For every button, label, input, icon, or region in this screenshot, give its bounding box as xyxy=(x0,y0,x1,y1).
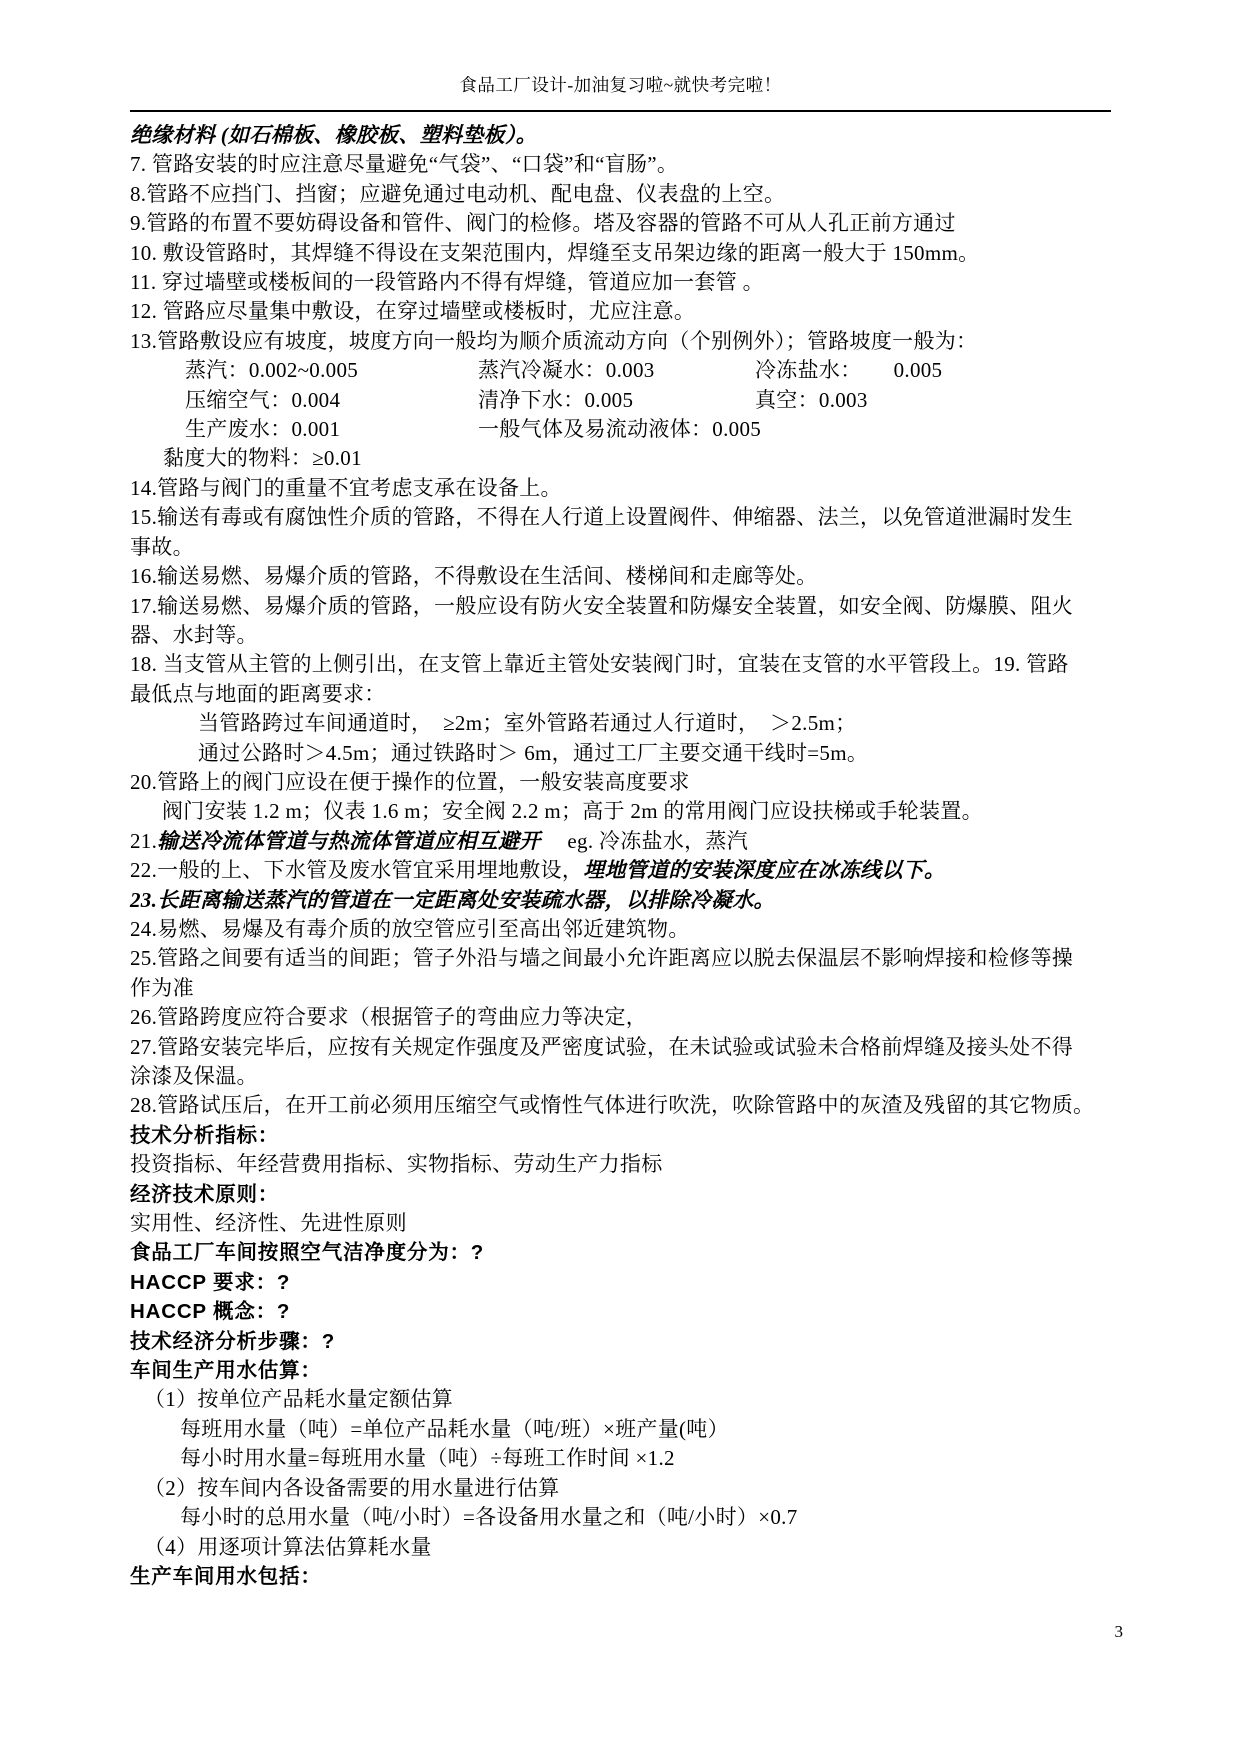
doc-text-segment: 17.输送易燃、易爆介质的管路，一般应设有防火安全装置和防爆安全装置，如安全阀、… xyxy=(130,594,1073,618)
doc-line-46: 每小时用水量=每班用水量（吨）÷每班工作时间 ×1.2 xyxy=(130,1444,1130,1473)
doc-text-segment: 作为准 xyxy=(130,976,194,1000)
doc-line-16: 16.输送易燃、易爆介质的管路，不得敷设在生活间、楼梯间和走廊等处。 xyxy=(130,562,1130,591)
doc-text-segment: HACCP 概念：? xyxy=(130,1300,290,1323)
doc-line-44: （1）按单位产品耗水量定额估算 xyxy=(130,1385,1130,1414)
doc-text-segment: 20.管路上的阀门应设在便于操作的位置，一般安装高度要求 xyxy=(130,770,690,794)
doc-line-12: 黏度大的物料：≥0.01 xyxy=(130,444,1130,473)
doc-line-4: 9.管路的布置不要妨碍设备和管件、阀门的检修。塔及容器的管路不可从人孔正前方通过 xyxy=(130,209,1130,238)
doc-text-segment: 8.管路不应挡门、挡窗；应避免通过电动机、配电盘、仪表盘的上空。 xyxy=(130,182,785,206)
doc-text-segment: 投资指标、年经营费用指标、实物指标、劳动生产力指标 xyxy=(130,1152,663,1176)
doc-line-17: 17.输送易燃、易爆介质的管路，一般应设有防火安全装置和防爆安全装置，如安全阀、… xyxy=(130,592,1130,621)
doc-line-10: 压缩空气：0.004清净下水：0.005真空：0.003 xyxy=(130,386,1130,415)
doc-line-50: 生产车间用水包括： xyxy=(130,1562,1130,1591)
doc-text-segment: 9.管路的布置不要妨碍设备和管件、阀门的检修。塔及容器的管路不可从人孔正前方通过 xyxy=(130,211,956,235)
doc-line-7: 12. 管路应尽量集中敷设，在穿过墙壁或楼板时，尤应注意。 xyxy=(130,297,1130,326)
doc-line-11-col-1: 生产废水：0.001 xyxy=(185,415,478,444)
doc-text-segment: 技术分析指标： xyxy=(130,1124,279,1147)
doc-text-segment: 生产车间用水包括： xyxy=(130,1565,322,1588)
doc-line-33: 涂漆及保温。 xyxy=(130,1062,1130,1091)
doc-line-34: 28.管路试压后，在开工前必须用压缩空气或惰性气体进行吹洗，吹除管路中的灰渣及残… xyxy=(130,1091,1130,1120)
doc-text-segment: 当管路跨过车间通道时， ≥2m；室外管路若通过人行道时， ＞2.5m； xyxy=(198,711,856,735)
doc-line-1: 绝缘材料 (如石棉板、橡胶板、塑料垫板）。 xyxy=(130,121,1130,150)
doc-line-43: 车间生产用水估算： xyxy=(130,1356,1130,1385)
doc-line-11: 生产废水：0.001一般气体及易流动液体：0.005 xyxy=(130,415,1130,444)
doc-line-3: 8.管路不应挡门、挡窗；应避免通过电动机、配电盘、仪表盘的上空。 xyxy=(130,180,1130,209)
doc-line-36: 投资指标、年经营费用指标、实物指标、劳动生产力指标 xyxy=(130,1150,1130,1179)
doc-text-segment: 16.输送易燃、易爆介质的管路，不得敷设在生活间、楼梯间和走廊等处。 xyxy=(130,564,817,588)
doc-text-segment: 输送冷流体管道与热流体管道应相互避开 xyxy=(157,829,540,853)
doc-text-segment: 阀门安装 1.2 m；仪表 1.6 m；安全阀 2.2 m；高于 2m 的常用阀… xyxy=(162,799,983,823)
doc-line-5: 10. 敷设管路时，其焊缝不得设在支架范围内，焊缝至支吊架边缘的距离一般大于 1… xyxy=(130,239,1130,268)
doc-text-segment: 28.管路试压后，在开工前必须用压缩空气或惰性气体进行吹洗，吹除管路中的灰渣及残… xyxy=(130,1093,1094,1117)
doc-text-segment: 22.一般的上、下水管及废水管宜采用埋地敷设， xyxy=(130,858,583,882)
doc-line-15: 事故。 xyxy=(130,533,1130,562)
doc-text-segment: 技术经济分析步骤：? xyxy=(130,1330,335,1353)
doc-line-10-col-2: 清净下水：0.005 xyxy=(478,386,755,415)
doc-text-segment: eg. 冷冻盐水，蒸汽 xyxy=(541,829,748,853)
doc-line-39: 食品工厂车间按照空气洁净度分为：? xyxy=(130,1238,1130,1267)
doc-text-segment: （4）用逐项计算法估算耗水量 xyxy=(144,1535,432,1559)
doc-text-segment: （2）按车间内各设备需要的用水量进行估算 xyxy=(144,1476,560,1500)
doc-line-26: 22.一般的上、下水管及废水管宜采用埋地敷设，埋地管道的安装深度应在冰冻线以下。 xyxy=(130,856,1130,885)
doc-line-20: 最低点与地面的距离要求： xyxy=(130,680,1130,709)
doc-text-segment: 食品工厂车间按照空气洁净度分为：? xyxy=(130,1241,484,1264)
doc-text-segment: 车间生产用水估算： xyxy=(130,1359,322,1382)
doc-text-segment: 每小时的总用水量（吨/小时）=各设备用水量之和（吨/小时）×0.7 xyxy=(180,1505,798,1529)
doc-line-18: 器、水封等。 xyxy=(130,621,1130,650)
doc-text-segment: 7. 管路安装的时应注意尽量避免“气袋”、“口袋”和“盲肠”。 xyxy=(130,152,678,176)
doc-text-segment: 23.长距离输送蒸汽的管道在一定距离处安装疏水器，以排除冷凝水。 xyxy=(130,888,775,912)
doc-text-segment: （1）按单位产品耗水量定额估算 xyxy=(144,1387,453,1411)
doc-text-segment: 每小时用水量=每班用水量（吨）÷每班工作时间 ×1.2 xyxy=(180,1446,675,1470)
doc-line-37: 经济技术原则： xyxy=(130,1180,1130,1209)
doc-line-13: 14.管路与阀门的重量不宜考虑支承在设备上。 xyxy=(130,474,1130,503)
doc-text-segment: 绝缘材料 (如石棉板、橡胶板、塑料垫板）。 xyxy=(130,123,537,147)
doc-line-9: 蒸汽：0.002~0.005蒸汽冷凝水：0.003冷冻盐水： 0.005 xyxy=(130,356,1130,385)
doc-text-segment: 26.管路跨度应符合要求（根据管子的弯曲应力等决定， xyxy=(130,1005,647,1029)
doc-text-segment: 每班用水量（吨）=单位产品耗水量（吨/班）×班产量(吨） xyxy=(180,1417,729,1441)
doc-line-24: 阀门安装 1.2 m；仪表 1.6 m；安全阀 2.2 m；高于 2m 的常用阀… xyxy=(130,797,1130,826)
page-number: 3 xyxy=(1115,1622,1124,1642)
doc-text-segment: 最低点与地面的距离要求： xyxy=(130,682,386,706)
doc-text-segment: 黏度大的物料：≥0.01 xyxy=(163,446,362,470)
doc-line-14: 15.输送有毒或有腐蚀性介质的管路，不得在人行道上设置阀件、伸缩器、法兰，以免管… xyxy=(130,503,1130,532)
doc-line-40: HACCP 要求：? xyxy=(130,1268,1130,1297)
doc-text-segment: 涂漆及保温。 xyxy=(130,1064,258,1088)
doc-line-48: 每小时的总用水量（吨/小时）=各设备用水量之和（吨/小时）×0.7 xyxy=(130,1503,1130,1532)
doc-line-32: 27.管路安装完毕后，应按有关规定作强度及严密度试验，在未试验或试验未合格前焊缝… xyxy=(130,1033,1130,1062)
doc-line-8: 13.管路敷设应有坡度，坡度方向一般均为顺介质流动方向（个别例外）；管路坡度一般… xyxy=(130,327,1130,356)
document-page: 食品工厂设计-加油复习啦~就快考完啦！ 绝缘材料 (如石棉板、橡胶板、塑料垫板）… xyxy=(0,0,1241,1754)
document-body: 绝缘材料 (如石棉板、橡胶板、塑料垫板）。7. 管路安装的时应注意尽量避免“气袋… xyxy=(130,121,1130,1591)
doc-line-23: 20.管路上的阀门应设在便于操作的位置，一般安装高度要求 xyxy=(130,768,1130,797)
doc-line-31: 26.管路跨度应符合要求（根据管子的弯曲应力等决定， xyxy=(130,1003,1130,1032)
doc-text-segment: 通过公路时＞4.5m；通过铁路时＞ 6m，通过工厂主要交通干线时=5m。 xyxy=(198,741,868,765)
doc-line-47: （2）按车间内各设备需要的用水量进行估算 xyxy=(130,1474,1130,1503)
doc-line-22: 通过公路时＞4.5m；通过铁路时＞ 6m，通过工厂主要交通干线时=5m。 xyxy=(130,739,1130,768)
doc-line-6: 11. 穿过墙壁或楼板间的一段管路内不得有焊缝，管道应加一套管 。 xyxy=(130,268,1130,297)
doc-text-segment: 12. 管路应尽量集中敷设，在穿过墙壁或楼板时，尤应注意。 xyxy=(130,299,695,323)
doc-text-segment: 11. 穿过墙壁或楼板间的一段管路内不得有焊缝，管道应加一套管 。 xyxy=(130,270,764,294)
page-header-title: 食品工厂设计-加油复习啦~就快考完啦！ xyxy=(130,74,1111,112)
doc-line-25: 21.输送冷流体管道与热流体管道应相互避开 eg. 冷冻盐水，蒸汽 xyxy=(130,827,1130,856)
doc-line-21: 当管路跨过车间通道时， ≥2m；室外管路若通过人行道时， ＞2.5m； xyxy=(130,709,1130,738)
doc-text-segment: 经济技术原则： xyxy=(130,1183,279,1206)
doc-text-segment: 实用性、经济性、先进性原则 xyxy=(130,1211,407,1235)
doc-text-segment: 25.管路之间要有适当的间距；管子外沿与墙之间最小允许距离应以脱去保温层不影响焊… xyxy=(130,946,1073,970)
doc-line-9-col-3: 冷冻盐水： 0.005 xyxy=(755,356,942,385)
doc-line-45: 每班用水量（吨）=单位产品耗水量（吨/班）×班产量(吨） xyxy=(130,1415,1130,1444)
doc-line-19: 18. 当支管从主管的上侧引出，在支管上靠近主管处安装阀门时，宜装在支管的水平管… xyxy=(130,650,1130,679)
doc-text-segment: 18. 当支管从主管的上侧引出，在支管上靠近主管处安装阀门时，宜装在支管的水平管… xyxy=(130,652,1069,676)
doc-text-segment: 27.管路安装完毕后，应按有关规定作强度及严密度试验，在未试验或试验未合格前焊缝… xyxy=(130,1035,1073,1059)
doc-text-segment: 埋地管道的安装深度应在冰冻线以下。 xyxy=(583,858,945,882)
doc-line-9-col-1: 蒸汽：0.002~0.005 xyxy=(185,356,478,385)
doc-line-9-col-2: 蒸汽冷凝水：0.003 xyxy=(478,356,755,385)
doc-line-27: 23.长距离输送蒸汽的管道在一定距离处安装疏水器，以排除冷凝水。 xyxy=(130,886,1130,915)
doc-line-10-col-1: 压缩空气：0.004 xyxy=(185,386,478,415)
doc-text-segment: 15.输送有毒或有腐蚀性介质的管路，不得在人行道上设置阀件、伸缩器、法兰，以免管… xyxy=(130,505,1073,529)
doc-line-35: 技术分析指标： xyxy=(130,1121,1130,1150)
doc-text-segment: 21. xyxy=(130,829,157,853)
doc-line-2: 7. 管路安装的时应注意尽量避免“气袋”、“口袋”和“盲肠”。 xyxy=(130,150,1130,179)
doc-line-28: 24.易燃、易爆及有毒介质的放空管应引至高出邻近建筑物。 xyxy=(130,915,1130,944)
doc-text-segment: HACCP 要求：? xyxy=(130,1271,290,1294)
doc-text-segment: 24.易燃、易爆及有毒介质的放空管应引至高出邻近建筑物。 xyxy=(130,917,690,941)
doc-line-10-col-3: 真空：0.003 xyxy=(755,386,868,415)
doc-text-segment: 13.管路敷设应有坡度，坡度方向一般均为顺介质流动方向（个别例外）；管路坡度一般… xyxy=(130,329,977,353)
doc-text-segment: 10. 敷设管路时，其焊缝不得设在支架范围内，焊缝至支吊架边缘的距离一般大于 1… xyxy=(130,241,979,265)
doc-line-30: 作为准 xyxy=(130,974,1130,1003)
doc-line-42: 技术经济分析步骤：? xyxy=(130,1327,1130,1356)
doc-text-segment: 14.管路与阀门的重量不宜考虑支承在设备上。 xyxy=(130,476,562,500)
doc-line-11-col-2: 一般气体及易流动液体：0.005 xyxy=(478,415,761,444)
doc-line-29: 25.管路之间要有适当的间距；管子外沿与墙之间最小允许距离应以脱去保温层不影响焊… xyxy=(130,944,1130,973)
doc-line-38: 实用性、经济性、先进性原则 xyxy=(130,1209,1130,1238)
doc-line-49: （4）用逐项计算法估算耗水量 xyxy=(130,1533,1130,1562)
doc-line-41: HACCP 概念：? xyxy=(130,1297,1130,1326)
doc-text-segment: 事故。 xyxy=(130,535,194,559)
doc-text-segment: 器、水封等。 xyxy=(130,623,258,647)
